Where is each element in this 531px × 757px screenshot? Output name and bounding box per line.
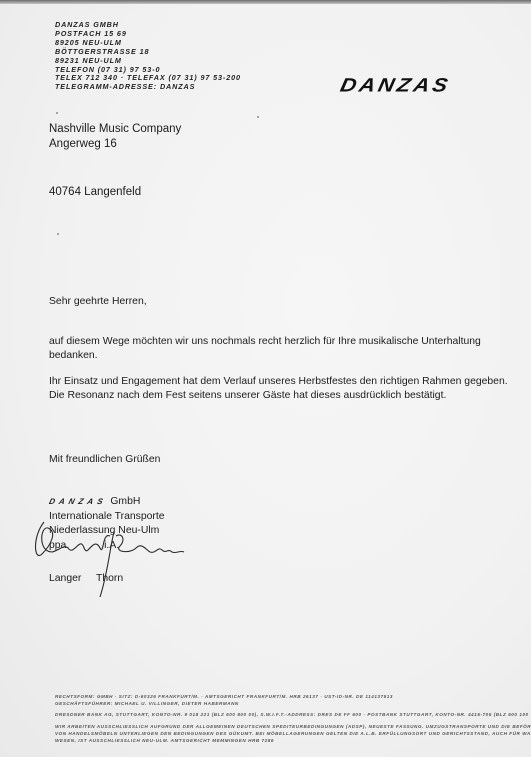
danzas-mini-logo: DANZAS: [47, 495, 108, 510]
company-line-3: Niederlassung Neu-Ulm: [49, 524, 165, 539]
recipient-street: Angerweg 16: [49, 137, 181, 152]
footer-line: DRESDNER BANK AG, STUTTGART, KONTO-NR. 9…: [55, 711, 531, 718]
sender-line: TELEGRAMM-ADRESSE: DANZAS: [55, 83, 241, 92]
ia-label: i.A.: [104, 540, 119, 551]
footer-line: RECHTSFORM: GMBH · SITZ: D-60326 FRANKFU…: [55, 693, 531, 700]
closing: Mit freundlichen Grüßen: [49, 453, 509, 467]
signer-names: Langer Thorn: [49, 573, 81, 584]
footer-line: WIR ARBEITEN AUSSCHLIESSLICH AUFGRUND DE…: [55, 723, 531, 730]
danzas-logo: DANZAS: [338, 74, 453, 97]
recipient-address: Nashville Music Company Angerweg 16: [49, 122, 181, 152]
footer-line: WESEN, IST AUSSCHLIESSLICH NEU-ULM. AMTS…: [55, 737, 531, 744]
company-line-2: Internationale Transporte: [49, 510, 165, 525]
letter-page: DANZAS GMBH POSTFACH 15 69 89205 NEU-ULM…: [0, 4, 531, 757]
signature-block: DANZASGmbH Internationale Transporte Nie…: [49, 495, 165, 553]
paper-speck: [57, 233, 59, 235]
footer-line: VON HANDELSMÖBELN UNTERLIEGEN DEN BEDING…: [55, 730, 531, 737]
signer-1: Langer: [49, 573, 81, 584]
company-suffix: GmbH: [110, 496, 140, 507]
sender-address-block: DANZAS GMBH POSTFACH 15 69 89205 NEU-ULM…: [55, 21, 241, 92]
ppa-label: ppa.: [49, 540, 69, 551]
paper-speck: [257, 116, 259, 118]
salutation: Sehr geehrte Herren,: [49, 295, 509, 309]
signer-2: Thorn: [96, 573, 123, 584]
footer-line: GESCHÄFTSFÜHRER: MICHAEL U. VILLINGER, D…: [55, 700, 531, 707]
paragraph-2: Ihr Einsatz und Engagement hat dem Verla…: [49, 375, 509, 404]
recipient-city: 40764 Langenfeld: [49, 186, 141, 198]
recipient-name: Nashville Music Company: [49, 122, 181, 137]
legal-footer: RECHTSFORM: GMBH · SITZ: D-60326 FRANKFU…: [55, 693, 531, 744]
paragraph-1: auf diesem Wege möchten wir uns nochmals…: [49, 335, 509, 364]
paper-speck: [56, 112, 58, 114]
